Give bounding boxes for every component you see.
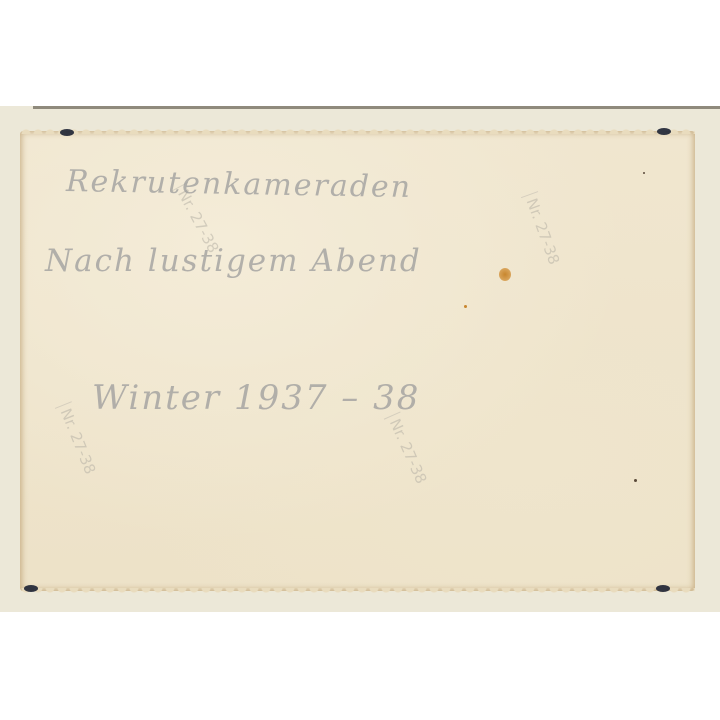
speck [643,172,645,174]
photo-corner-bottom-right [656,585,670,592]
handwriting-line-3: Winter 1937 – 38 [92,378,420,418]
photo-corner-top-left [60,129,74,136]
handwriting-line-1: Rekrutenkameraden [66,164,413,205]
handwriting-line-2: Nach lustigem Abend [45,243,422,279]
speck [634,479,637,482]
mount-edge [33,106,720,109]
rust-stain [499,268,511,281]
photo-corner-bottom-left [24,585,38,592]
speck [464,305,467,308]
photo-corner-top-right [657,128,671,135]
